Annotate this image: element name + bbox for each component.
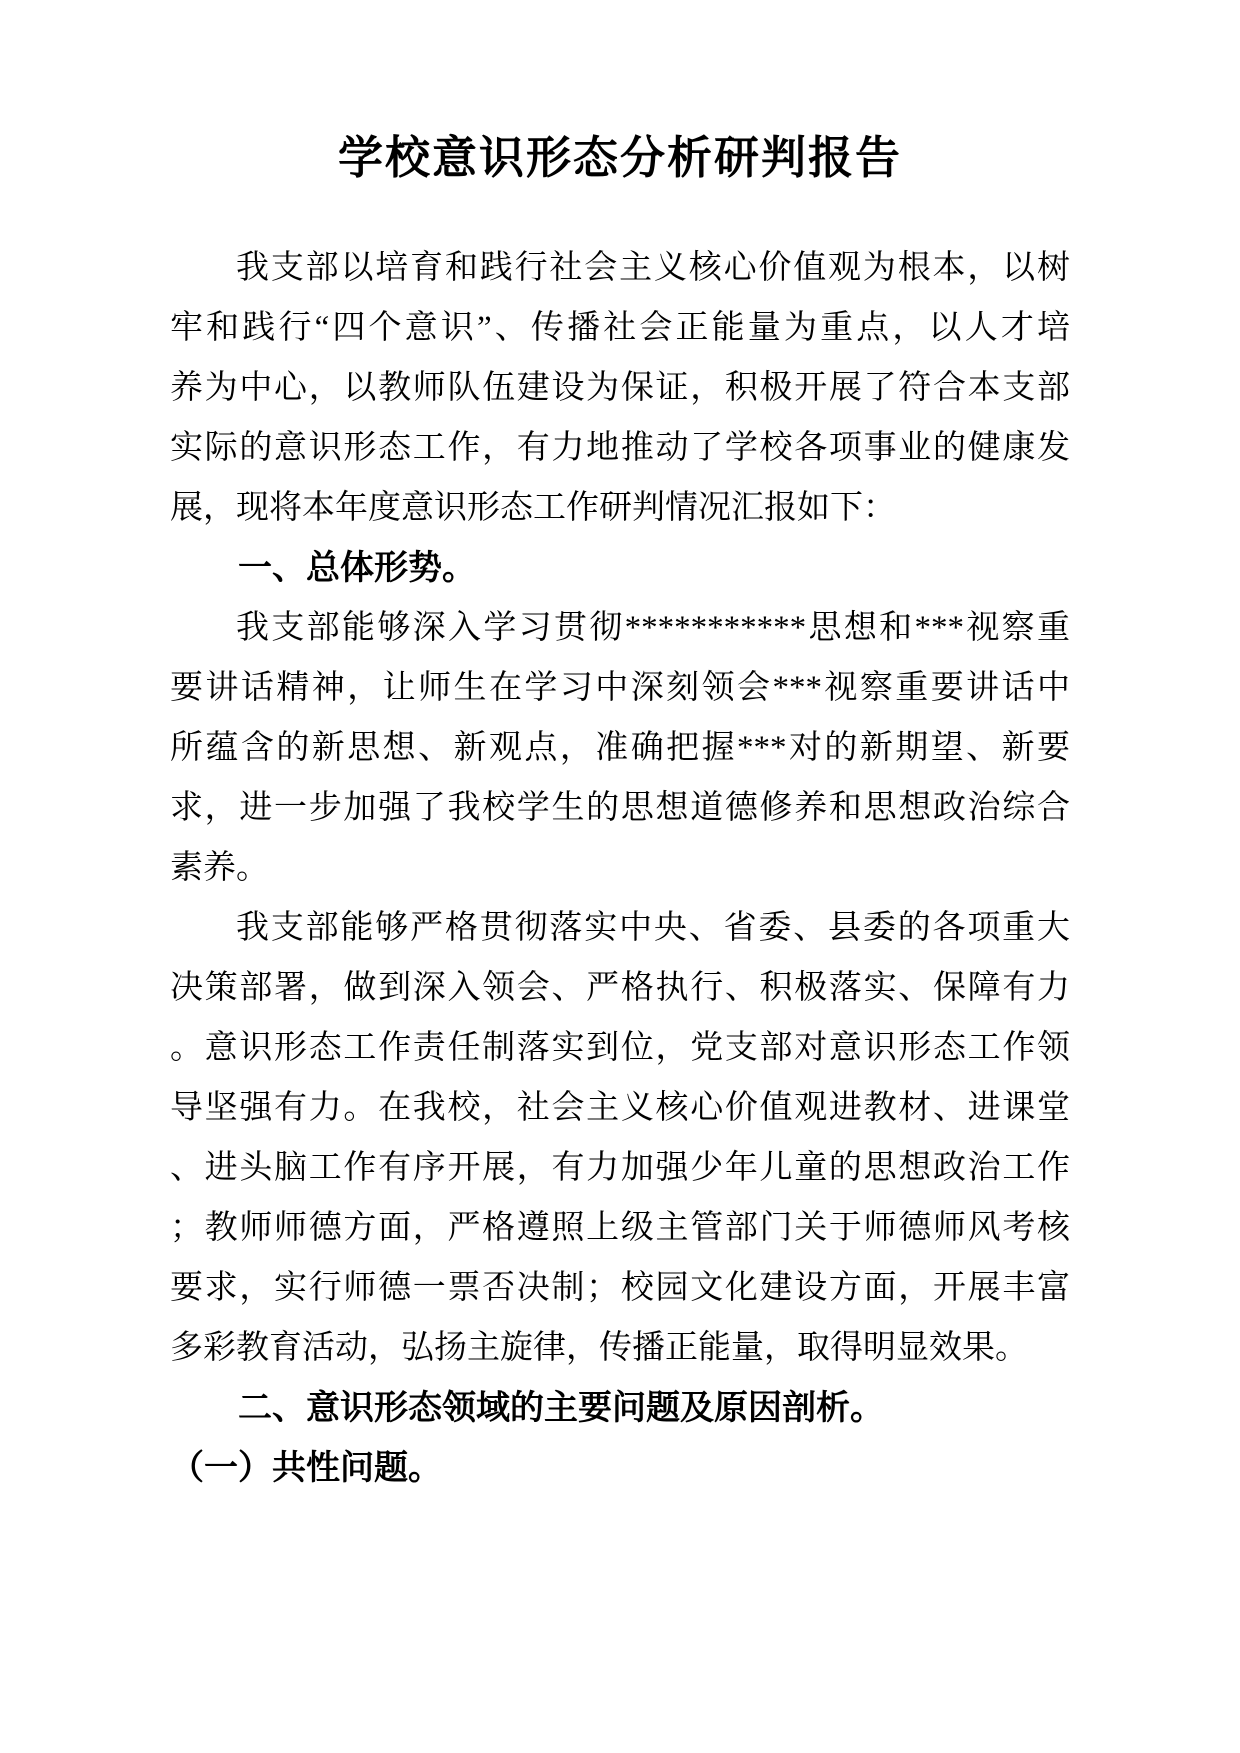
paragraph: 我支部能够严格贯彻落实中央、省委、县委的各项重大决策部署，做到深入领会、严格执行…	[170, 898, 1070, 1378]
text-line: 所蕴含的新思想、新观点，准确把握***对的新期望、新要	[170, 718, 1070, 778]
document-title: 学校意识形态分析研判报告	[170, 124, 1070, 192]
text-line: 我支部能够严格贯彻落实中央、省委、县委的各项重大	[170, 898, 1070, 958]
section-heading: 二、意识形态领域的主要问题及原因剖析。	[170, 1378, 1070, 1438]
section-heading: （一）共性问题。	[170, 1438, 1070, 1498]
text-line: 我支部以培育和践行社会主义核心价值观为根本，以树	[170, 238, 1070, 298]
text-line: 多彩教育活动，弘扬主旋律，传播正能量，取得明显效果。	[170, 1318, 1070, 1378]
document-content: 学校意识形态分析研判报告 我支部以培育和践行社会主义核心价值观为根本，以树牢和践…	[170, 124, 1070, 1498]
text-line: 要求，实行师德一票否决制；校园文化建设方面，开展丰富	[170, 1258, 1070, 1318]
text-line: 我支部能够深入学习贯彻***********思想和***视察重	[170, 598, 1070, 658]
paragraph: 我支部以培育和践行社会主义核心价值观为根本，以树牢和践行“四个意识”、传播社会正…	[170, 238, 1070, 538]
text-line: 要讲话精神，让师生在学习中深刻领会***视察重要讲话中	[170, 658, 1070, 718]
text-line: 决策部署，做到深入领会、严格执行、积极落实、保障有力	[170, 958, 1070, 1018]
text-line: ；教师师德方面，严格遵照上级主管部门关于师德师风考核	[170, 1198, 1070, 1258]
text-line: 。意识形态工作责任制落实到位，党支部对意识形态工作领	[170, 1018, 1070, 1078]
text-line: 导坚强有力。在我校，社会主义核心价值观进教材、进课堂	[170, 1078, 1070, 1138]
text-line: 牢和践行“四个意识”、传播社会正能量为重点，以人才培	[170, 298, 1070, 358]
text-line: 、进头脑工作有序开展，有力加强少年儿童的思想政治工作	[170, 1138, 1070, 1198]
text-line: 素养。	[170, 838, 1070, 898]
document-body: 我支部以培育和践行社会主义核心价值观为根本，以树牢和践行“四个意识”、传播社会正…	[170, 238, 1070, 1498]
text-line: 求，进一步加强了我校学生的思想道德修养和思想政治综合	[170, 778, 1070, 838]
text-line: 养为中心，以教师队伍建设为保证，积极开展了符合本支部	[170, 358, 1070, 418]
text-line: 实际的意识形态工作，有力地推动了学校各项事业的健康发	[170, 418, 1070, 478]
paragraph: 我支部能够深入学习贯彻***********思想和***视察重要讲话精神，让师生…	[170, 598, 1070, 898]
document-page: 学校意识形态分析研判报告 我支部以培育和践行社会主义核心价值观为根本，以树牢和践…	[0, 0, 1240, 1753]
text-line: 展，现将本年度意识形态工作研判情况汇报如下：	[170, 478, 1070, 538]
section-heading: 一、总体形势。	[170, 538, 1070, 598]
